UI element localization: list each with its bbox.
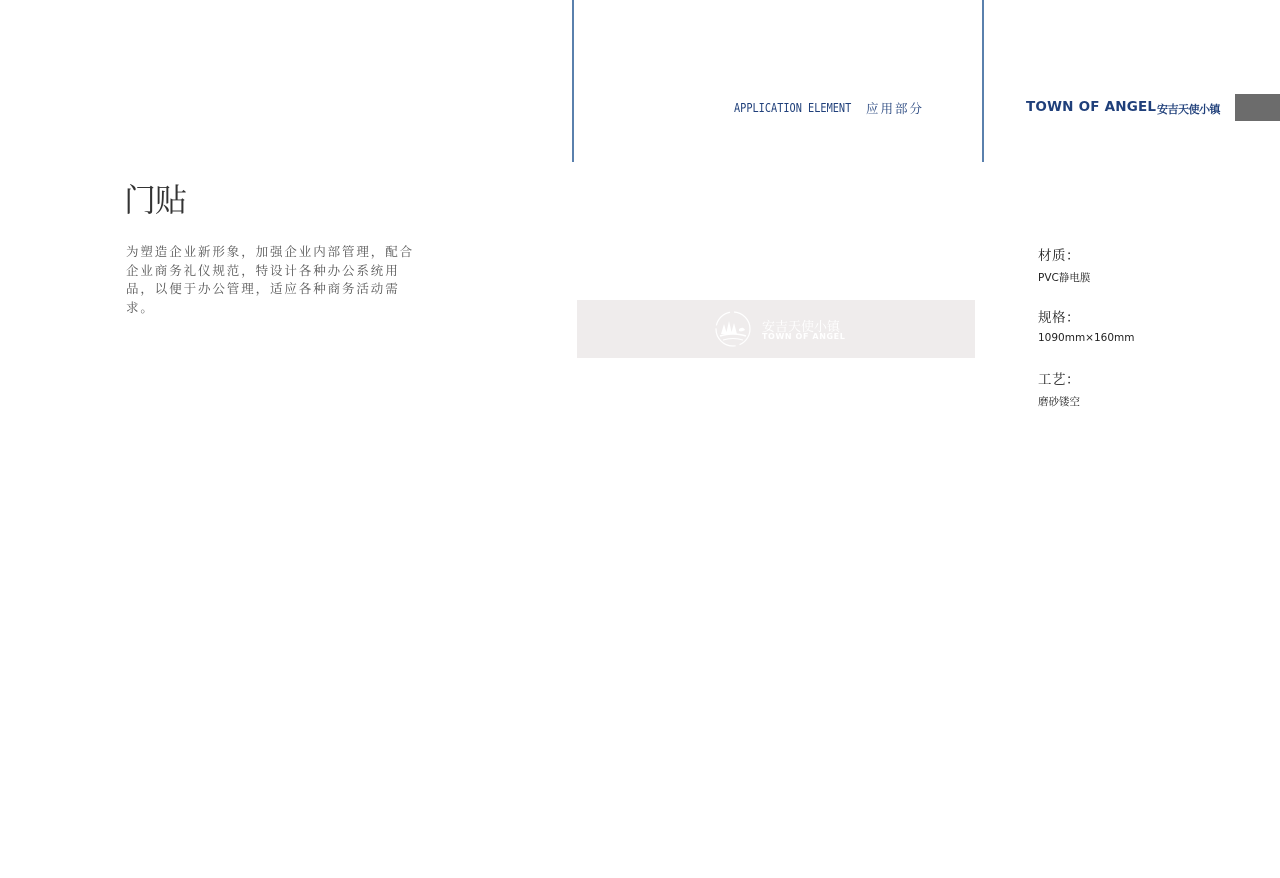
brand-name-en: TOWN OF ANGEL	[1026, 99, 1156, 115]
header-divider-left	[572, 0, 574, 162]
page-title: 门贴	[124, 175, 186, 221]
spec-material: 材质： PVC静电膜	[1038, 244, 1090, 285]
spec-process: 工艺： 磨砂镂空	[1038, 368, 1080, 409]
spec-size: 规格： 1090mm×160mm	[1038, 306, 1134, 344]
brand-name-cn: 安吉天使小镇	[1157, 101, 1220, 117]
spec-label: 工艺：	[1038, 368, 1080, 388]
section-label-en: APPLICATION ELEMENT	[734, 100, 851, 115]
spec-value: 1090mm×160mm	[1038, 332, 1134, 344]
spec-value: 磨砂镂空	[1038, 394, 1080, 409]
header-divider-right	[982, 0, 984, 162]
page-tab-marker	[1235, 94, 1280, 121]
intro-paragraph: 为塑造企业新形象，加强企业内部管理，配合企业商务礼仪规范，特设计各种办公系统用品…	[126, 243, 426, 317]
spec-value: PVC静电膜	[1038, 270, 1090, 285]
section-label-cn: 应用部分	[866, 99, 924, 117]
spec-label: 规格：	[1038, 306, 1134, 326]
angel-town-logo-icon	[714, 310, 752, 348]
spec-label: 材质：	[1038, 244, 1090, 264]
sticker-brand-en: TOWN OF ANGEL	[762, 332, 845, 341]
